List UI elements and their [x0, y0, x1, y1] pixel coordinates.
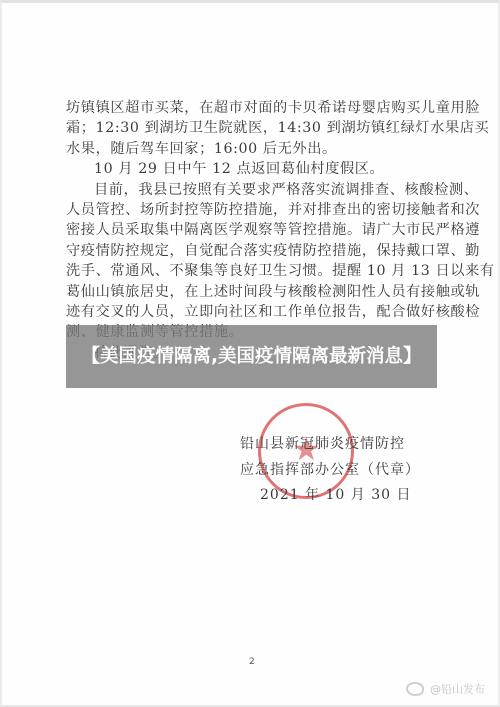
- text-line: 水果，随后驾车回家；16:00 后无外出。: [66, 139, 442, 159]
- text-line: 坊镇镇区超市买菜，在超市对面的卡贝希诺母婴店购买儿童用脸: [66, 98, 442, 118]
- text-line: 迹有交叉的人员，立即向社区和工作单位报告，配合做好核酸检: [66, 302, 442, 322]
- text-line: 葛仙山镇旅居史，在上述时间段与核酸检测阳性人员有接触或轨: [66, 282, 442, 302]
- text-line: 洗手、常通风、不聚集等良好卫生习惯。提醒 10 月 13 日以来有: [66, 261, 442, 281]
- watermark-text: @铅山发布: [430, 681, 485, 697]
- text-line: 目前，我县已按照有关要求严格落实流调排查、核酸检测、: [66, 180, 442, 200]
- weibo-icon: [406, 682, 424, 696]
- signature-date: 2021 年 10 月 30 日: [260, 484, 500, 504]
- text-line: 霜；12:30 到湖坊卫生院就医，14:30 到湖坊镇红绿灯水果店买: [66, 118, 442, 138]
- overlay-title: 【美国疫情隔离,美国疫情隔离最新消息】: [72, 345, 432, 369]
- page-number: 2: [249, 657, 255, 667]
- text-line: 人员管控、场所封控等防控措施，并对排查出的密切接触者和次: [66, 200, 442, 220]
- signature-org-line2: 应急指挥部办公室（代章）: [240, 459, 480, 479]
- title-overlay-banner: 【美国疫情隔离,美国疫情隔离最新消息】: [66, 325, 437, 388]
- text-line: 守疫情防控规定，自觉配合落实疫情防控措施，保持戴口罩、勤: [66, 241, 442, 261]
- weibo-watermark: @铅山发布: [406, 681, 485, 697]
- signature-org-line1: 铅山县新冠肺炎疫情防控: [240, 433, 480, 453]
- notice-body: 坊镇镇区超市买菜，在超市对面的卡贝希诺母婴店购买儿童用脸 霜；12:30 到湖坊…: [66, 98, 442, 363]
- document-page: 坊镇镇区超市买菜，在超市对面的卡贝希诺母婴店购买儿童用脸 霜；12:30 到湖坊…: [0, 0, 500, 707]
- text-line: 密接人员采取集中隔离医学观察等管控措施。请广大市民严格遵: [66, 220, 442, 240]
- text-line: 10 月 29 日中午 12 点返回葛仙村度假区。: [66, 159, 442, 179]
